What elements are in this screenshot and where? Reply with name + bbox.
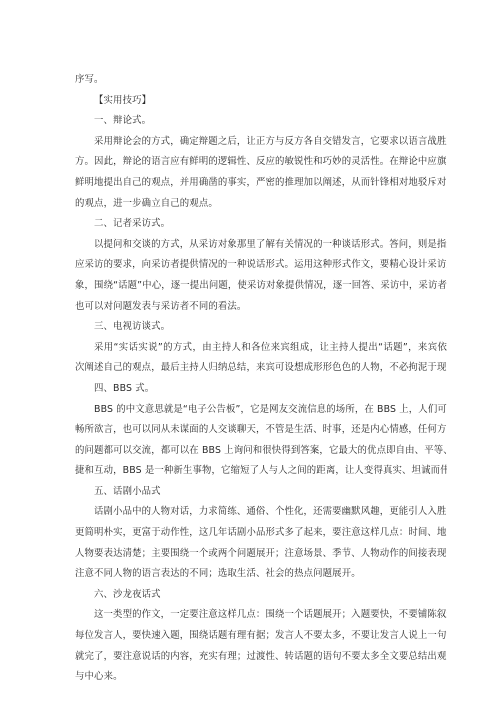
paragraph-line: 更简明朴实，更富于动作性，这几年话剧小品形式多了起来，要注意这样几点：时间、地点… (75, 523, 447, 544)
paragraph-line: 应采访的要求，向采访者提供情况的一种说话形式。运用这种形式作文，要精心设计采访对 (75, 255, 447, 276)
paragraph-line: 人物要表达清楚；主要围绕一个或两个问题展开；注意场景、季节、人物动作的间接表现； (75, 544, 447, 565)
paragraph-line: 也可以对问题发表与采访者不同的看法。 (75, 297, 447, 318)
paragraph-line: 采用“实话实说”的方式，由主持人和各位来宾组成，让主持人提出“话题”，来宾依 (75, 338, 447, 359)
paragraph-line: 捷和互动，BBS 是一种新生事物，它缩短了人与人之间的距离，让人变得真实、坦诚而… (75, 461, 447, 482)
paragraph-line: 方。因此，辩论的语言应有鲜明的逻辑性、反应的敏锐性和巧妙的灵活性。在辩论中应旗帜 (75, 152, 447, 173)
section-heading-skit: 五、话剧小品式 (75, 482, 447, 503)
paragraph-tv-talk: 采用“实话实说”的方式，由主持人和各位来宾组成，让主持人提出“话题”，来宾依 次… (75, 338, 447, 379)
paragraph-line: BBS 的中文意思就是“电子公告板”，它是网友交流信息的场所，在 BBS 上，人… (75, 400, 447, 421)
paragraph-line: 注意不同人物的语言表达的不同；选取生活、社会的热点问题展开。 (75, 564, 447, 585)
paragraph-line: 与中心来。 (75, 667, 447, 688)
document-body: 序写。 【实用技巧】 一、辩论式。 采用辩论会的方式，确定辩题之后，让正方与反方… (75, 70, 447, 688)
section-heading-salon: 六、沙龙夜话式 (75, 585, 447, 606)
paragraph-line: 每位发言人，要快速入题，围绕话题有理有据；发言人不要太多，不要让发言人说上一句话 (75, 626, 447, 647)
paragraph-line: 这一类型的作文，一定要注意这样几点：围绕一个话题展开；入题要快，不要铺陈叙述； (75, 605, 447, 626)
paragraph-line: 采用辩论会的方式，确定辩题之后，让正方与反方各自交错发言，它要求以语言战胜对 (75, 132, 447, 153)
section-heading-debate: 一、辩论式。 (75, 111, 447, 132)
section-heading-bbs: 四、BBS 式。 (75, 379, 447, 400)
section-heading-practical-tips: 【实用技巧】 (75, 91, 447, 112)
paragraph-skit: 话剧小品中的人物对话，力求简练、通俗、个性化，还需要幽默风趣，更能引人入胜， 更… (75, 502, 447, 584)
paragraph-debate: 采用辩论会的方式，确定辩题之后，让正方与反方各自交错发言，它要求以语言战胜对 方… (75, 132, 447, 214)
paragraph-interview: 以提问和交谈的方式，从采访对象那里了解有关情况的一种谈话形式。答问，则是指适 应… (75, 235, 447, 317)
paragraph-line: 象，围绕“话题”中心，逐一提出问题，使采访对象提供情况，逐一回答、采访中，采访者 (75, 276, 447, 297)
paragraph-bbs: BBS 的中文意思就是“电子公告板”，它是网友交流信息的场所，在 BBS 上，人… (75, 400, 447, 482)
paragraph-line: 畅所欲言，也可以同从未谋面的人交谈聊天，不管是生活、时事，还是内心情感，任何方面 (75, 420, 447, 441)
paragraph-line: 次阐述自己的观点，最后主持人归纳总结，来宾可设想成形形色色的人物，不必拘泥于现实… (75, 358, 447, 379)
paragraph-line: 的问题都可以交流，都可以在 BBS 上询问和很快得到答案，它最大的优点即自由、平… (75, 441, 447, 462)
section-heading-tv-talk: 三、电视访谈式。 (75, 317, 447, 338)
document-page: 序写。 【实用技巧】 一、辩论式。 采用辩论会的方式，确定辩题之后，让正方与反方… (0, 0, 500, 707)
paragraph-line: 以提问和交谈的方式，从采访对象那里了解有关情况的一种谈话形式。答问，则是指适 (75, 235, 447, 256)
paragraph-line: 鲜明地提出自己的观点，并用确凿的事实，严密的推理加以阐述，从而针锋相对地驳斥对方 (75, 173, 447, 194)
section-heading-interview: 二、记者采访式。 (75, 214, 447, 235)
paragraph-line: 就完了，要注意说话的内容，充实有理；过渡性、转话题的语句不要太多全文要总结出观点 (75, 647, 447, 668)
text-line-continuation: 序写。 (75, 70, 447, 91)
paragraph-line: 话剧小品中的人物对话，力求简练、通俗、个性化，还需要幽默风趣，更能引人入胜， (75, 502, 447, 523)
paragraph-line: 的观点，进一步确立自己的观点。 (75, 194, 447, 215)
paragraph-salon: 这一类型的作文，一定要注意这样几点：围绕一个话题展开；入题要快，不要铺陈叙述； … (75, 605, 447, 687)
